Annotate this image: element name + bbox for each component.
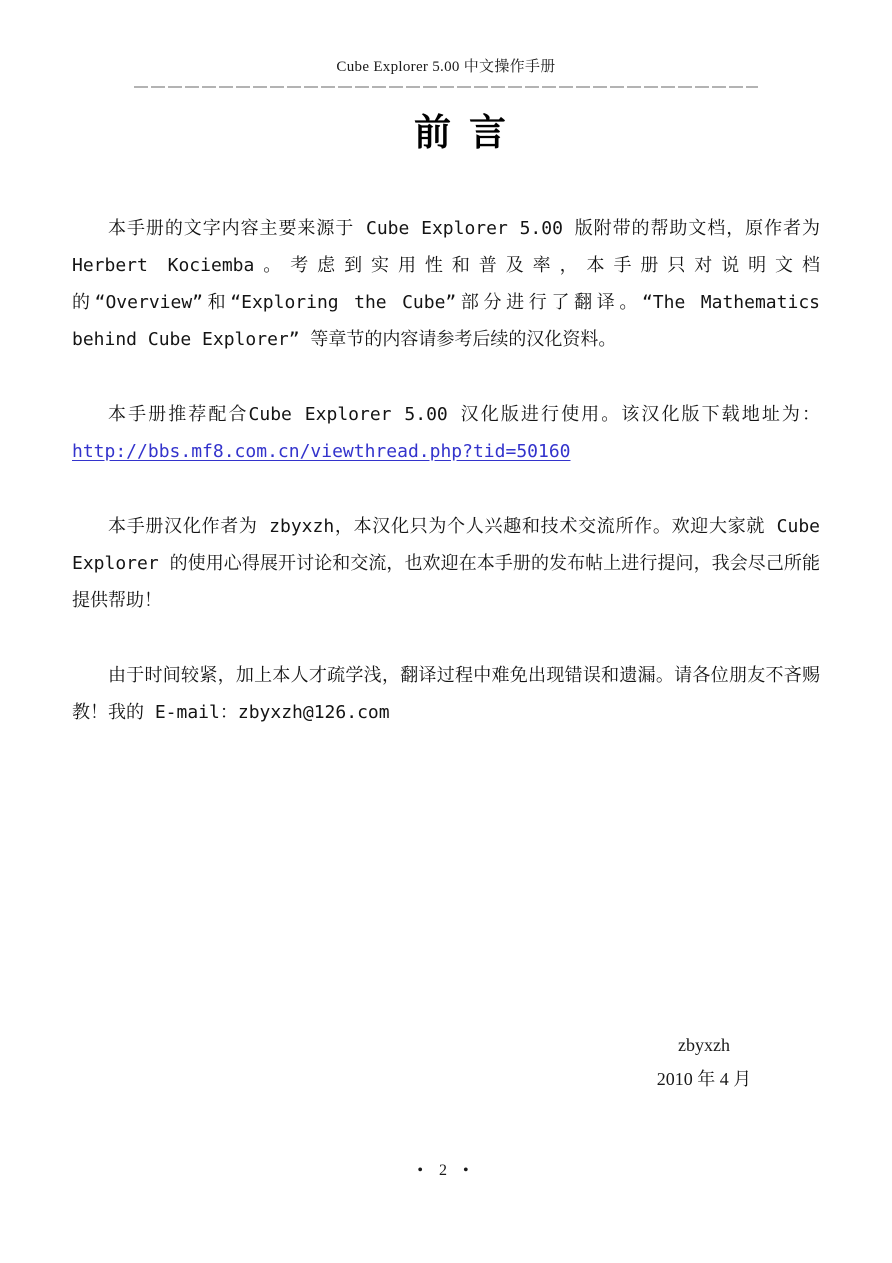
paragraph-download-info: 本手册推荐配合Cube Explorer 5.00 汉化版进行使用。该汉化版下载… [72,396,820,470]
download-link[interactable]: http://bbs.mf8.com.cn/viewthread.php?tid… [72,441,571,462]
page-number: • 2 • [0,1162,892,1180]
signature-date: 2010 年 4 月 [656,1062,752,1096]
signature-block: zbyxzh 2010 年 4 月 [656,1028,752,1096]
paragraph-author-intro: 本手册汉化作者为 zbyxzh，本汉化只为个人兴趣和技术交流所作。欢迎大家就 C… [72,508,820,619]
header-divider [134,86,758,88]
page-title: 前言 [0,112,892,154]
document-page: Cube Explorer 5.00 中文操作手册 前言 本手册的文字内容主要来… [0,0,892,1263]
page-title-text: 前言 [396,112,524,154]
paragraph-download-text: 本手册推荐配合Cube Explorer 5.00 汉化版进行使用。该汉化版下载… [108,404,820,425]
paragraph-contact-info: 由于时间较紧，加上本人才疏学浅，翻译过程中难免出现错误和遗漏。请各位朋友不吝赐教… [72,657,820,731]
paragraph-source-intro: 本手册的文字内容主要来源于 Cube Explorer 5.00 版附带的帮助文… [72,210,820,358]
document-body: 本手册的文字内容主要来源于 Cube Explorer 5.00 版附带的帮助文… [72,210,820,731]
page-header-title: Cube Explorer 5.00 中文操作手册 [0,56,892,78]
signature-author: zbyxzh [656,1028,752,1062]
